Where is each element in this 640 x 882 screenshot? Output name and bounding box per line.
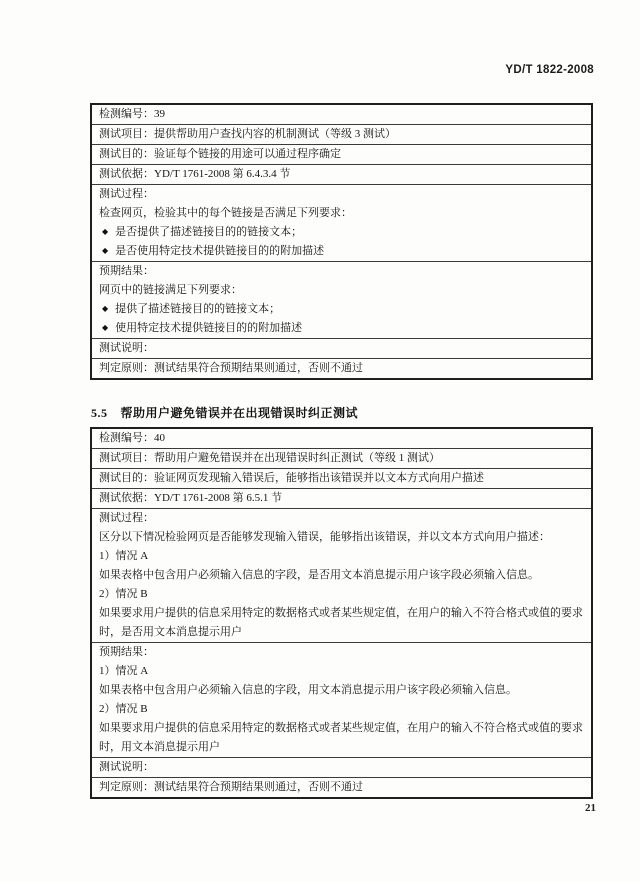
table-text-line: 预期结果： [99, 262, 587, 281]
table-text-line: 检测编号：39 [99, 105, 587, 124]
bullet-text: 提供了描述链接目的的链接文本； [115, 303, 280, 315]
table-text-line: 测试过程： [99, 185, 587, 204]
section-title: 帮助用户避免错误并在出现错误时纠正测试 [121, 406, 359, 420]
bullet-text: 是否使用特定技术提供链接目的的附加描述 [115, 245, 324, 257]
table-text-line: ◆是否使用特定技术提供链接目的的附加描述 [99, 242, 587, 261]
table-row: 检测编号：40 [92, 429, 591, 449]
section-heading: 5.5帮助用户避免错误并在出现错误时纠正测试 [91, 404, 358, 421]
bullet-text: 是否提供了描述链接目的的链接文本； [115, 226, 302, 238]
standard-code-header: YD/T 1822-2008 [505, 64, 594, 76]
table-text-line: 如果表格中包含用户必须输入信息的字段，用文本消息提示用户该字段必须输入信息。 [99, 681, 587, 700]
table-text-line: 测试说明： [99, 339, 587, 358]
table-text-line: 网页中的链接满足下列要求： [99, 281, 587, 300]
table-text-line: 2）情况 B [99, 585, 587, 604]
table-text-line: 判定原则：测试结果符合预期结果则通过，否则不通过 [99, 359, 587, 378]
table-text-line: 测试项目：帮助用户避免错误并在出现错误时纠正测试（等级 1 测试） [99, 449, 587, 468]
table-row: 预期结果：1）情况 A如果表格中包含用户必须输入信息的字段，用文本消息提示用户该… [92, 643, 591, 758]
table-row: 测试过程：检查网页，检验其中的每个链接是否满足下列要求：◆是否提供了描述链接目的… [92, 185, 591, 262]
table-row: 测试目的：验证网页发现输入错误后，能够指出该错误并以文本方式向用户描述 [92, 469, 591, 489]
table-text-line: 时，是否用文本消息提示用户 [99, 623, 587, 642]
diamond-bullet-icon: ◆ [102, 299, 108, 318]
table-row: 判定原则：测试结果符合预期结果则通过，否则不通过 [92, 359, 591, 378]
table-row: 测试项目：帮助用户避免错误并在出现错误时纠正测试（等级 1 测试） [92, 449, 591, 469]
table-row: 测试依据：YD/T 1761-2008 第 6.4.3.4 节 [92, 165, 591, 185]
table-text-line: ◆使用特定技术提供链接目的的附加描述 [99, 319, 587, 338]
table-text-line: 测试依据：YD/T 1761-2008 第 6.5.1 节 [99, 489, 587, 508]
table-text-line: 检查网页，检验其中的每个链接是否满足下列要求： [99, 204, 587, 223]
table-text-line: 测试项目：提供帮助用户查找内容的机制测试（等级 3 测试） [99, 125, 587, 144]
table-text-line: 测试目的：验证网页发现输入错误后，能够指出该错误并以文本方式向用户描述 [99, 469, 587, 488]
table-text-line: 预期结果： [99, 643, 587, 662]
bullet-text: 使用特定技术提供链接目的的附加描述 [115, 322, 302, 334]
table-row: 测试目的：验证每个链接的用途可以通过程序确定 [92, 145, 591, 165]
table-row: 测试项目：提供帮助用户查找内容的机制测试（等级 3 测试） [92, 125, 591, 145]
diamond-bullet-icon: ◆ [102, 318, 108, 337]
table-row: 预期结果：网页中的链接满足下列要求：◆提供了描述链接目的的链接文本；◆使用特定技… [92, 262, 591, 339]
table-text-line: 2）情况 B [99, 700, 587, 719]
table-text-line: 时，用文本消息提示用户 [99, 738, 587, 757]
table-text-line: 区分以下情况检验网页是否能够发现输入错误，能够指出该错误，并以文本方式向用户描述… [99, 528, 587, 547]
table-text-line: 1）情况 A [99, 547, 587, 566]
test-record-table-40: 检测编号：40测试项目：帮助用户避免错误并在出现错误时纠正测试（等级 1 测试）… [90, 427, 593, 799]
table-row: 测试依据：YD/T 1761-2008 第 6.5.1 节 [92, 489, 591, 509]
diamond-bullet-icon: ◆ [102, 241, 108, 260]
table-text-line: 如果表格中包含用户必须输入信息的字段，是否用文本消息提示用户该字段必须输入信息。 [99, 566, 587, 585]
section-number: 5.5 [91, 406, 108, 420]
table-text-line: 如果要求用户提供的信息采用特定的数据格式或者某些规定值，在用户的输入不符合格式或… [99, 719, 587, 738]
table-row: 判定原则：测试结果符合预期结果则通过，否则不通过 [92, 778, 591, 797]
table-text-line: 1）情况 A [99, 662, 587, 681]
table-row: 测试说明： [92, 339, 591, 359]
table-text-line: 判定原则：测试结果符合预期结果则通过，否则不通过 [99, 778, 587, 797]
page-number: 21 [585, 802, 596, 814]
table-row: 测试说明： [92, 758, 591, 778]
table-text-line: 测试目的：验证每个链接的用途可以通过程序确定 [99, 145, 587, 164]
table-text-line: 检测编号：40 [99, 429, 587, 448]
table-row: 测试过程：区分以下情况检验网页是否能够发现输入错误，能够指出该错误，并以文本方式… [92, 509, 591, 643]
table-text-line: 测试依据：YD/T 1761-2008 第 6.4.3.4 节 [99, 165, 587, 184]
table-text-line: 如果要求用户提供的信息采用特定的数据格式或者某些规定值，在用户的输入不符合格式或… [99, 604, 587, 623]
table-text-line: ◆是否提供了描述链接目的的链接文本； [99, 223, 587, 242]
table-text-line: 测试过程： [99, 509, 587, 528]
table-row: 检测编号：39 [92, 105, 591, 125]
scanned-document-page: YD/T 1822-2008 检测编号：39测试项目：提供帮助用户查找内容的机制… [0, 0, 640, 882]
diamond-bullet-icon: ◆ [102, 222, 108, 241]
table-text-line: 测试说明： [99, 758, 587, 777]
test-record-table-39: 检测编号：39测试项目：提供帮助用户查找内容的机制测试（等级 3 测试）测试目的… [90, 103, 593, 380]
table-text-line: ◆提供了描述链接目的的链接文本； [99, 300, 587, 319]
